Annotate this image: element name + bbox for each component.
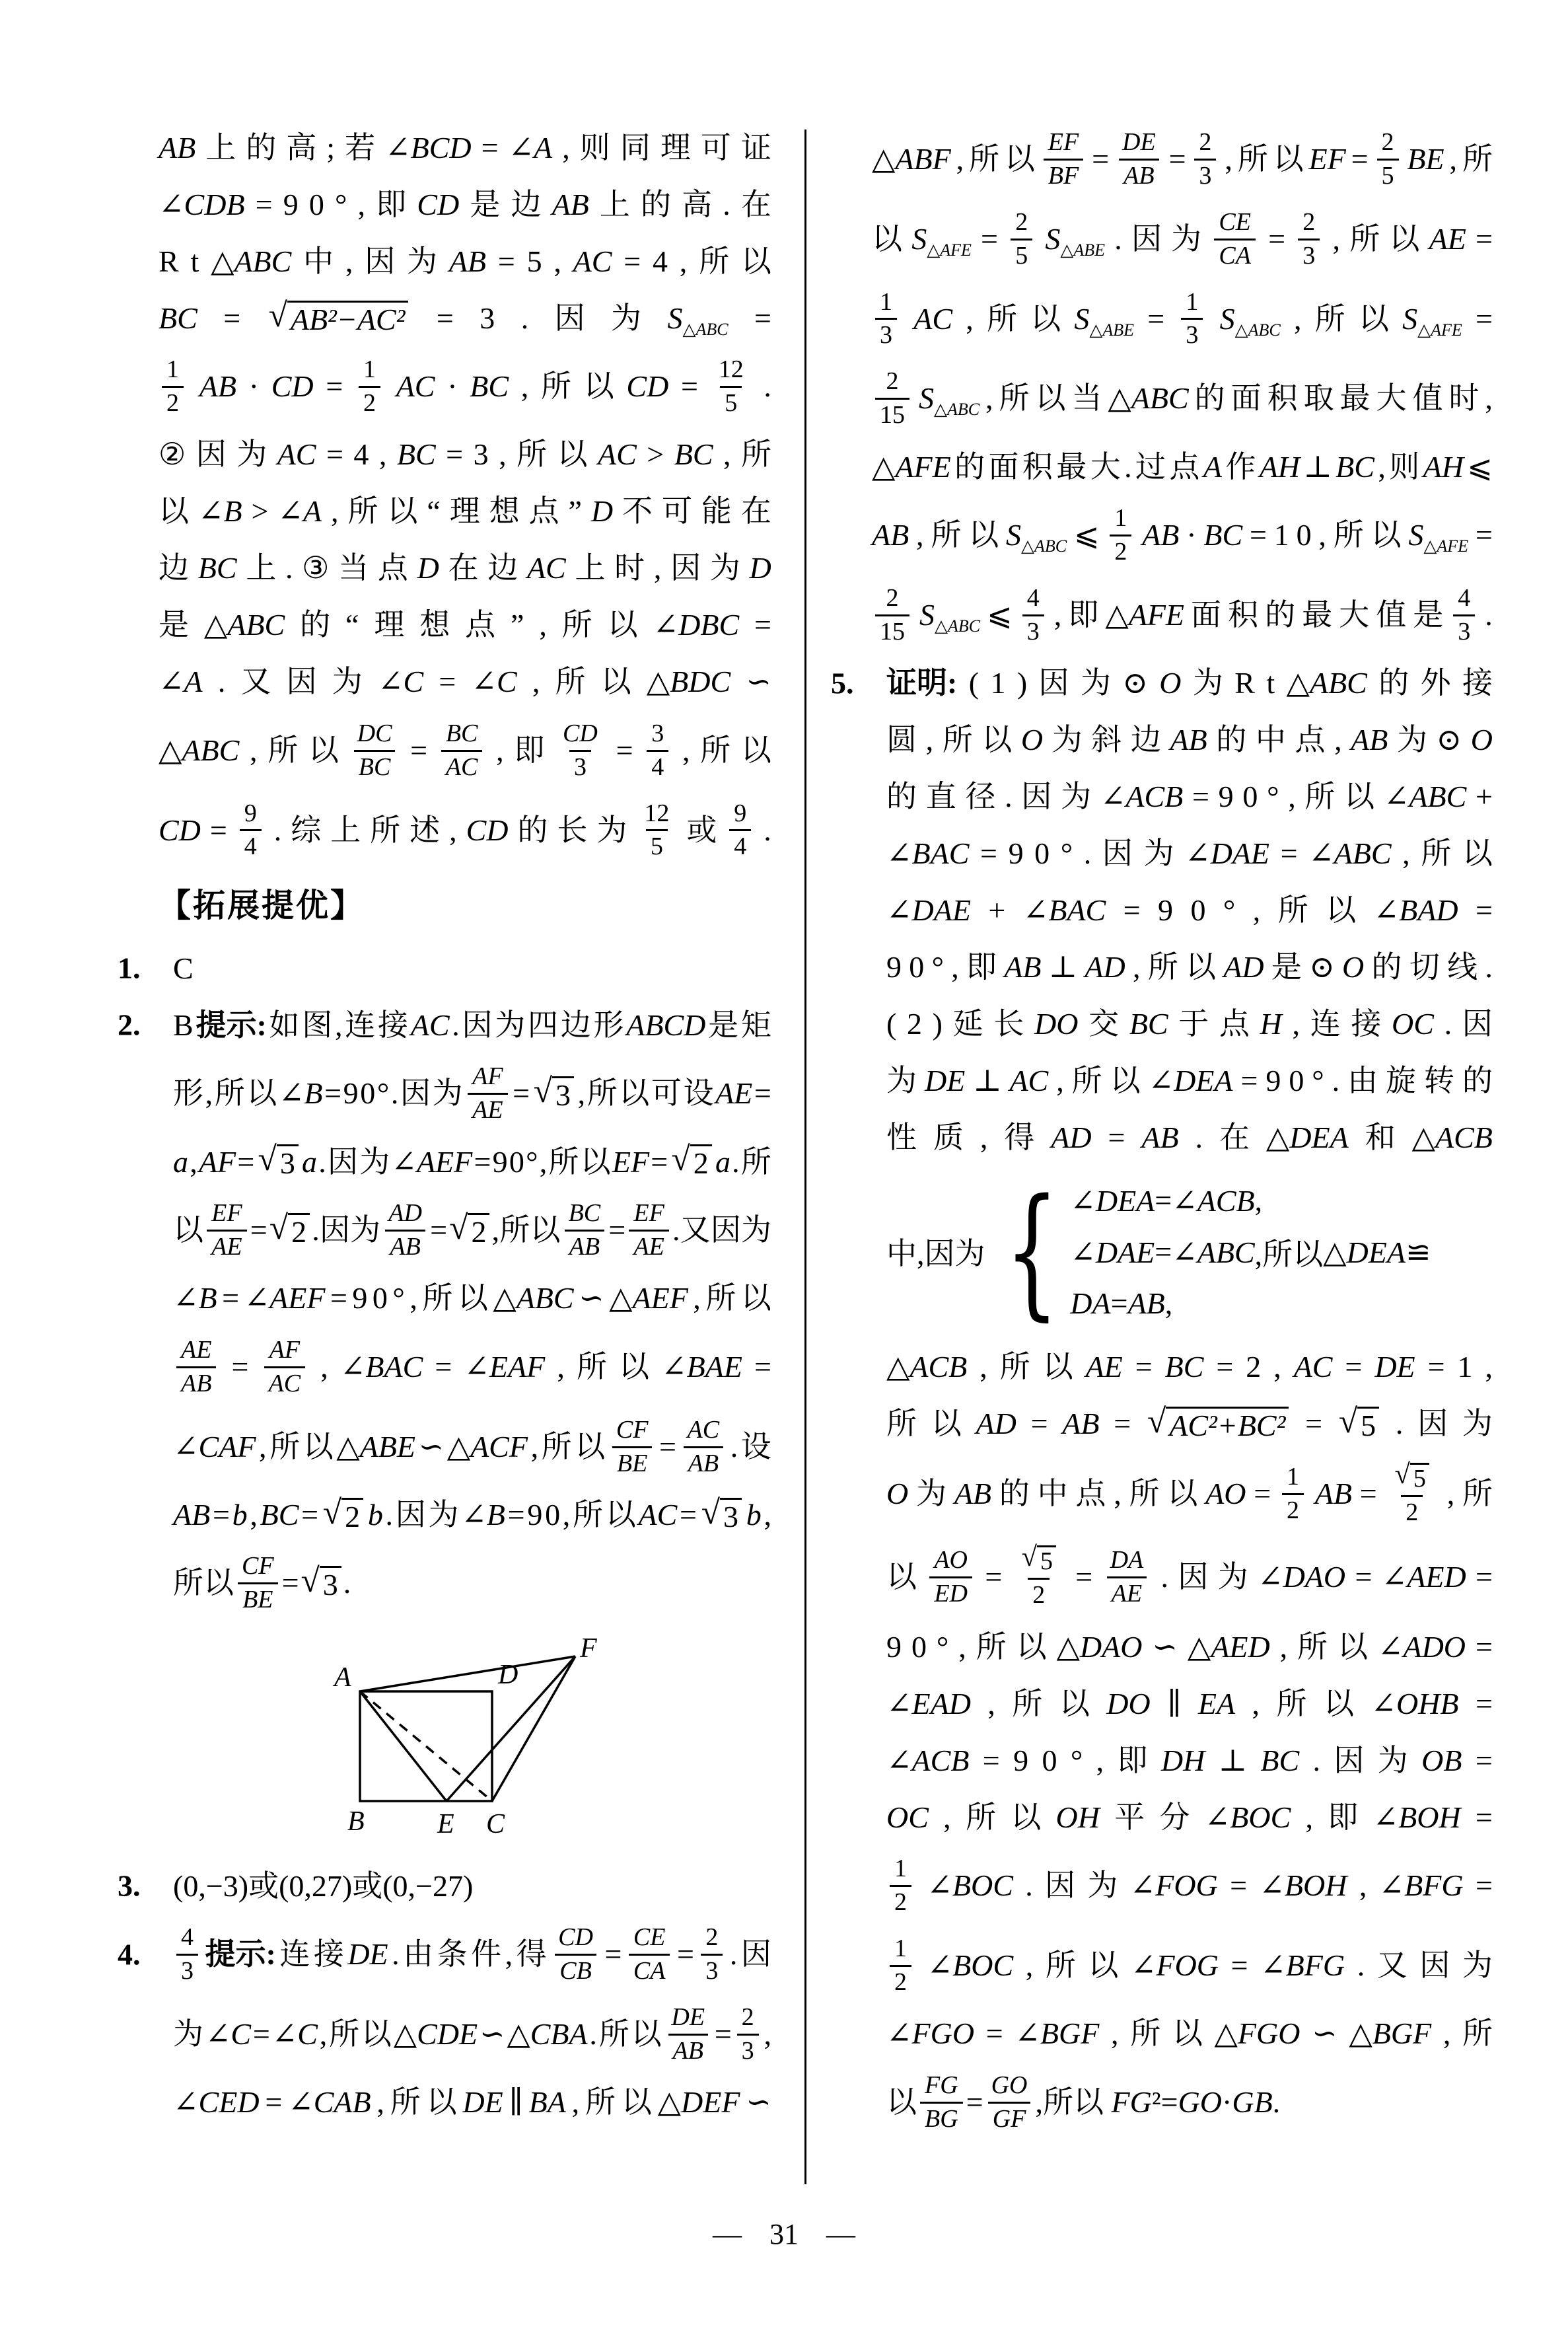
subscripted-symbol: S△ABC — [919, 598, 980, 633]
text-line: ∠CED=∠CAB,所以DE∥BA,所以△DEF∽ — [173, 2085, 771, 2122]
square-root: √2 — [269, 1213, 310, 1248]
fraction: AFAC — [264, 1337, 306, 1397]
fraction: 43 — [176, 1925, 198, 1985]
text-line: AB上的高;若∠BCD=∠A,则同理可证 — [159, 129, 771, 166]
text-line: ②因为AC=4,BC=3,所以AC>BC,所 — [159, 437, 771, 474]
text-line: a,AF=√3a.因为∠AEF=90°,所以EF=√2a.所 — [173, 1144, 771, 1181]
fraction: ACAB — [683, 1417, 725, 1477]
text-line: ∠FGO=∠BGF,所以△FGO∽△BGF,所 — [886, 2016, 1493, 2053]
text-line: 12AB·CD=12AC·BC,所以CD=125. — [159, 357, 771, 417]
fraction: 215 — [875, 369, 909, 429]
text-line: O为AB的中点,所以AO=12AB=√52,所 — [886, 1463, 1493, 1526]
fraction: EFAE — [207, 1200, 246, 1261]
fraction: AEAB — [176, 1337, 216, 1397]
subscripted-symbol: S△ABE — [1074, 302, 1134, 337]
text-line: 90°,即AB⊥AD,所以AD是⊙O的切线. — [886, 949, 1493, 986]
subscripted-symbol: S△ABE — [1045, 222, 1105, 257]
fraction: 34 — [647, 721, 668, 781]
item-number: 4. — [118, 1937, 141, 1972]
fraction: BCAB — [564, 1200, 606, 1261]
text-line: 43提示:连接DE.由条件,得CDCB=CECA=23.因4. — [173, 1925, 771, 1985]
fraction: √52 — [1388, 1463, 1436, 1526]
page-footer: — 31 — — [0, 2217, 1568, 2251]
answer-item: (0,−3)或(0,27)或(0,−27)3. — [159, 1868, 771, 1905]
text-line: B提示:如图,连接AC.因为四边形ABCD是矩2. — [173, 1007, 771, 1044]
fraction: 23 — [701, 1925, 723, 1985]
text-line: 13AC,所以S△ABE=13S△ABC,所以S△AFE= — [872, 289, 1493, 350]
text-line: ∠BAC=90°.因为∠DAE=∠ABC,所以 — [886, 836, 1493, 873]
text-line: OC,所以OH平分∠BOC,即∠BOH= — [886, 1799, 1493, 1836]
fraction: 125 — [639, 801, 674, 861]
left-brace: { — [1005, 1187, 1059, 1315]
text-line: 以S△AFE=25S△ABE.因为CECA=23,所以AE= — [872, 209, 1493, 270]
fraction: EFBF — [1044, 129, 1083, 190]
square-root: √3 — [701, 1498, 742, 1533]
text-line: 215S△ABC⩽43,即△AFE面积的最大值是43. — [872, 585, 1493, 646]
right-column: △ABF,所以EFBF=DEAB=23,所以EF=25BE,所以S△AFE=25… — [872, 129, 1493, 2153]
text-line: 所以CFBE=√3. — [173, 1553, 771, 1613]
text-line: C1. — [173, 950, 771, 987]
fraction: 94 — [240, 801, 262, 861]
figure-label-E: E — [437, 1809, 454, 1838]
subscripted-symbol: S△AFE — [1408, 518, 1468, 553]
fraction: DAAE — [1106, 1547, 1149, 1607]
text-line: ∠ACB=90°,即DH⊥BC.因为OB= — [886, 1742, 1493, 1779]
text-line: 证明:(1)因为⊙O为Rt△ABC的外接5. — [886, 665, 1493, 702]
text-line: △AFE的面积最大.过点A作AH⊥BC,则AH⩽ — [872, 449, 1493, 486]
figure-svg: ABECDF — [317, 1633, 608, 1838]
figure-label-A: A — [332, 1662, 351, 1693]
fraction: 43 — [1453, 585, 1475, 646]
square-root: √2 — [449, 1213, 489, 1248]
fraction: 25 — [1377, 129, 1399, 190]
system-row: DA=AB, — [1070, 1286, 1431, 1321]
text-line: 性质,得AD=AB.在△DEA和△ACB — [886, 1120, 1493, 1157]
subscripted-symbol: S△ABC — [1006, 518, 1067, 553]
text-line: 以FGBG=GOGF,所以 FG²=GO·GB. — [886, 2073, 1493, 2133]
fraction: 12 — [359, 357, 380, 417]
fraction: 23 — [1194, 129, 1216, 190]
text-line: 形,所以∠B=90°.因为AFAE=√3,所以可设AE= — [173, 1064, 771, 1124]
answer-item: 43提示:连接DE.由条件,得CDCB=CECA=23.因4.为∠C=∠C,所以… — [159, 1925, 771, 2122]
text-line: 是△ABC的“理想点”,所以∠DBC= — [159, 607, 771, 644]
text-line: 以∠B>∠A,所以“理想点”D不可能在 — [159, 494, 771, 531]
fraction: FGBG — [920, 2073, 963, 2133]
text-line: ∠CAF,所以△ABE∽△ACF,所以CFBE=ACAB.设 — [173, 1417, 771, 1477]
item-number: 5. — [831, 666, 854, 701]
item-number: 1. — [118, 951, 141, 986]
text-line: CD=94.综上所述,CD的长为125或94. — [159, 801, 771, 861]
subscripted-symbol: S△ABC — [667, 301, 728, 336]
left-column: AB上的高;若∠BCD=∠A,则同理可证∠CDB=90°,即CD是边AB上的高.… — [159, 129, 771, 2141]
fraction: 23 — [737, 2005, 759, 2065]
fraction: EFAE — [629, 1200, 668, 1261]
fraction: 12 — [1282, 1464, 1304, 1524]
text-line: ∠A.又因为∠C=∠C,所以△BDC∽ — [159, 664, 771, 701]
figure-label-F: F — [579, 1633, 597, 1664]
figure-label-C: C — [486, 1809, 505, 1838]
text-line: 90°,所以△DAO∽△AED,所以∠ADO= — [886, 1629, 1493, 1666]
fraction: ADAB — [384, 1200, 427, 1261]
answer-item: 证明:(1)因为⊙O为Rt△ABC的外接5.圆,所以O为斜边AB的中点,AB为⊙… — [872, 665, 1493, 2133]
text-line: 的直径.因为∠ACB=90°,所以∠ABC+ — [886, 779, 1493, 816]
fraction: DEAB — [666, 2005, 709, 2065]
fraction: CFBE — [237, 1553, 279, 1613]
text-line: △ABF,所以EFBF=DEAB=23,所以EF=25BE,所 — [872, 129, 1493, 190]
fraction: GOGF — [987, 2073, 1032, 2133]
fraction: 23 — [1298, 209, 1320, 270]
fraction: BCAC — [441, 721, 483, 781]
footer-dash-left: — — [713, 2217, 742, 2251]
fraction: CECA — [629, 1925, 670, 1985]
column-divider — [804, 129, 806, 2184]
text-line: ∠B=∠AEF=90°,所以△ABC∽△AEF,所以 — [173, 1280, 771, 1317]
answer-item: C1. — [159, 950, 771, 987]
fraction: 12 — [162, 357, 184, 417]
fraction: CD3 — [558, 721, 602, 781]
page-number: 31 — [769, 2217, 799, 2251]
fraction: CFBE — [612, 1417, 653, 1477]
text-line: Rt△ABC中,因为AB=5,AC=4,所以 — [159, 243, 771, 280]
fraction: DCBC — [353, 721, 397, 781]
text-line: 215S△ABC,所以当△ABC的面积取最大值时, — [872, 369, 1493, 429]
fraction: CECA — [1214, 209, 1256, 270]
item-number: 2. — [118, 1008, 141, 1043]
text-line: 为∠C=∠C,所以△CDE∽△CBA.所以DEAB=23, — [173, 2005, 771, 2065]
text-line: △ACB,所以AE=BC=2,AC=DE=1, — [886, 1349, 1493, 1386]
square-root: √3 — [534, 1076, 574, 1111]
square-root: √AC²+BC² — [1147, 1407, 1289, 1442]
subscripted-symbol: S△ABC — [1220, 302, 1281, 337]
fraction: 94 — [729, 801, 751, 861]
square-root: √3 — [258, 1144, 299, 1179]
square-root: √5 — [1339, 1407, 1379, 1442]
text-line: 边BC上.③当点D在边AC上时,因为D — [159, 550, 771, 587]
page: { "footer": {"dash_left": "—", "number":… — [0, 0, 1568, 2325]
section-heading: 【拓展提优】 — [159, 880, 771, 926]
text-line: AB,所以S△ABC⩽12AB·BC=10,所以S△AFE= — [872, 505, 1493, 566]
text-line: 所以AD=AB=√AC²+BC²=√5.因为 — [886, 1406, 1493, 1443]
square-root: √2 — [671, 1144, 711, 1179]
figure-label-B: B — [347, 1806, 365, 1837]
text-line: 以EFAE=√2.因为ADAB=√2,所以BCAB=EFAE.又因为 — [173, 1200, 771, 1261]
geometry-figure: ABECDF — [317, 1633, 771, 1845]
text-line: 为DE⊥AC,所以∠DEA=90°.由旋转的 — [886, 1063, 1493, 1100]
text-line: (0,−3)或(0,27)或(0,−27)3. — [173, 1868, 771, 1905]
segment — [360, 1656, 575, 1691]
text-line: ∠DAE+∠BAC=90°,所以∠BAD= — [886, 893, 1493, 930]
fraction: 43 — [1022, 585, 1044, 646]
subscripted-symbol: S△AFE — [911, 222, 972, 257]
fraction: CDCB — [553, 1925, 598, 1985]
subscripted-symbol: S△AFE — [1402, 302, 1462, 337]
fraction: 12 — [890, 1856, 911, 1916]
square-root: √5 — [1395, 1463, 1429, 1493]
footer-dash-right: — — [826, 2217, 855, 2251]
fraction: 13 — [875, 289, 897, 350]
figure-label-D: D — [497, 1660, 518, 1690]
text-line: (2)延长DO交BC于点H,连接OC.因 — [886, 1006, 1493, 1043]
square-root: √3 — [301, 1566, 341, 1601]
square-root: √5 — [1022, 1545, 1056, 1575]
text-line: △ABC,所以DCBC=BCAC,即CD3=34,所以 — [159, 721, 771, 781]
item-number: 3. — [118, 1869, 141, 1904]
text-line: 12∠BOC.因为∠FOG=∠BOH,∠BFG= — [886, 1856, 1493, 1916]
text-line: AB=b,BC=√2b.因为∠B=90,所以AC=√3b, — [173, 1496, 771, 1533]
text-line: 12∠BOC,所以∠FOG=∠BFG.又因为 — [886, 1936, 1493, 1996]
fraction: AOED — [929, 1547, 972, 1607]
fraction: 13 — [1181, 289, 1203, 350]
dashed-segment — [360, 1691, 492, 1801]
equation-system: 中,因为{∠DEA=∠ACB,∠DAE=∠ABC,所以△DEA≌DA=AB, — [886, 1177, 1493, 1327]
fraction: 125 — [714, 357, 748, 417]
fraction: 25 — [1011, 209, 1032, 270]
answer-item: B提示:如图,连接AC.因为四边形ABCD是矩2.形,所以∠B=90°.因为AF… — [159, 1007, 771, 1845]
square-root: √2 — [323, 1498, 363, 1533]
fraction: 215 — [875, 585, 909, 646]
fraction: 12 — [890, 1936, 911, 1996]
text-line: 圆,所以O为斜边AB的中点,AB为⊙O — [886, 722, 1493, 759]
fraction: 12 — [1110, 505, 1131, 566]
system-row: ∠DAE=∠ABC,所以△DEA≌ — [1070, 1230, 1431, 1274]
text-line: ∠CDB=90°,即CD是边AB上的高.在 — [159, 186, 771, 223]
system-row: ∠DEA=∠ACB, — [1070, 1183, 1431, 1218]
segment — [360, 1691, 446, 1801]
text-line: BC=√AB²−AC²=3.因为S△ABC= — [159, 300, 771, 337]
text-line: 以AOED=√52=DAAE.因为∠DAO=∠AED= — [886, 1545, 1493, 1609]
fraction: DEAB — [1118, 129, 1160, 190]
text-line: ∠EAD,所以DO∥EA,所以∠OHB= — [886, 1685, 1493, 1722]
fraction: √52 — [1015, 1545, 1063, 1609]
text-line: AEAB=AFAC,∠BAC=∠EAF,所以∠BAE= — [173, 1337, 771, 1397]
fraction: AFAE — [468, 1064, 507, 1124]
subscripted-symbol: S△ABC — [919, 381, 980, 416]
square-root: √AB²−AC² — [269, 301, 409, 336]
